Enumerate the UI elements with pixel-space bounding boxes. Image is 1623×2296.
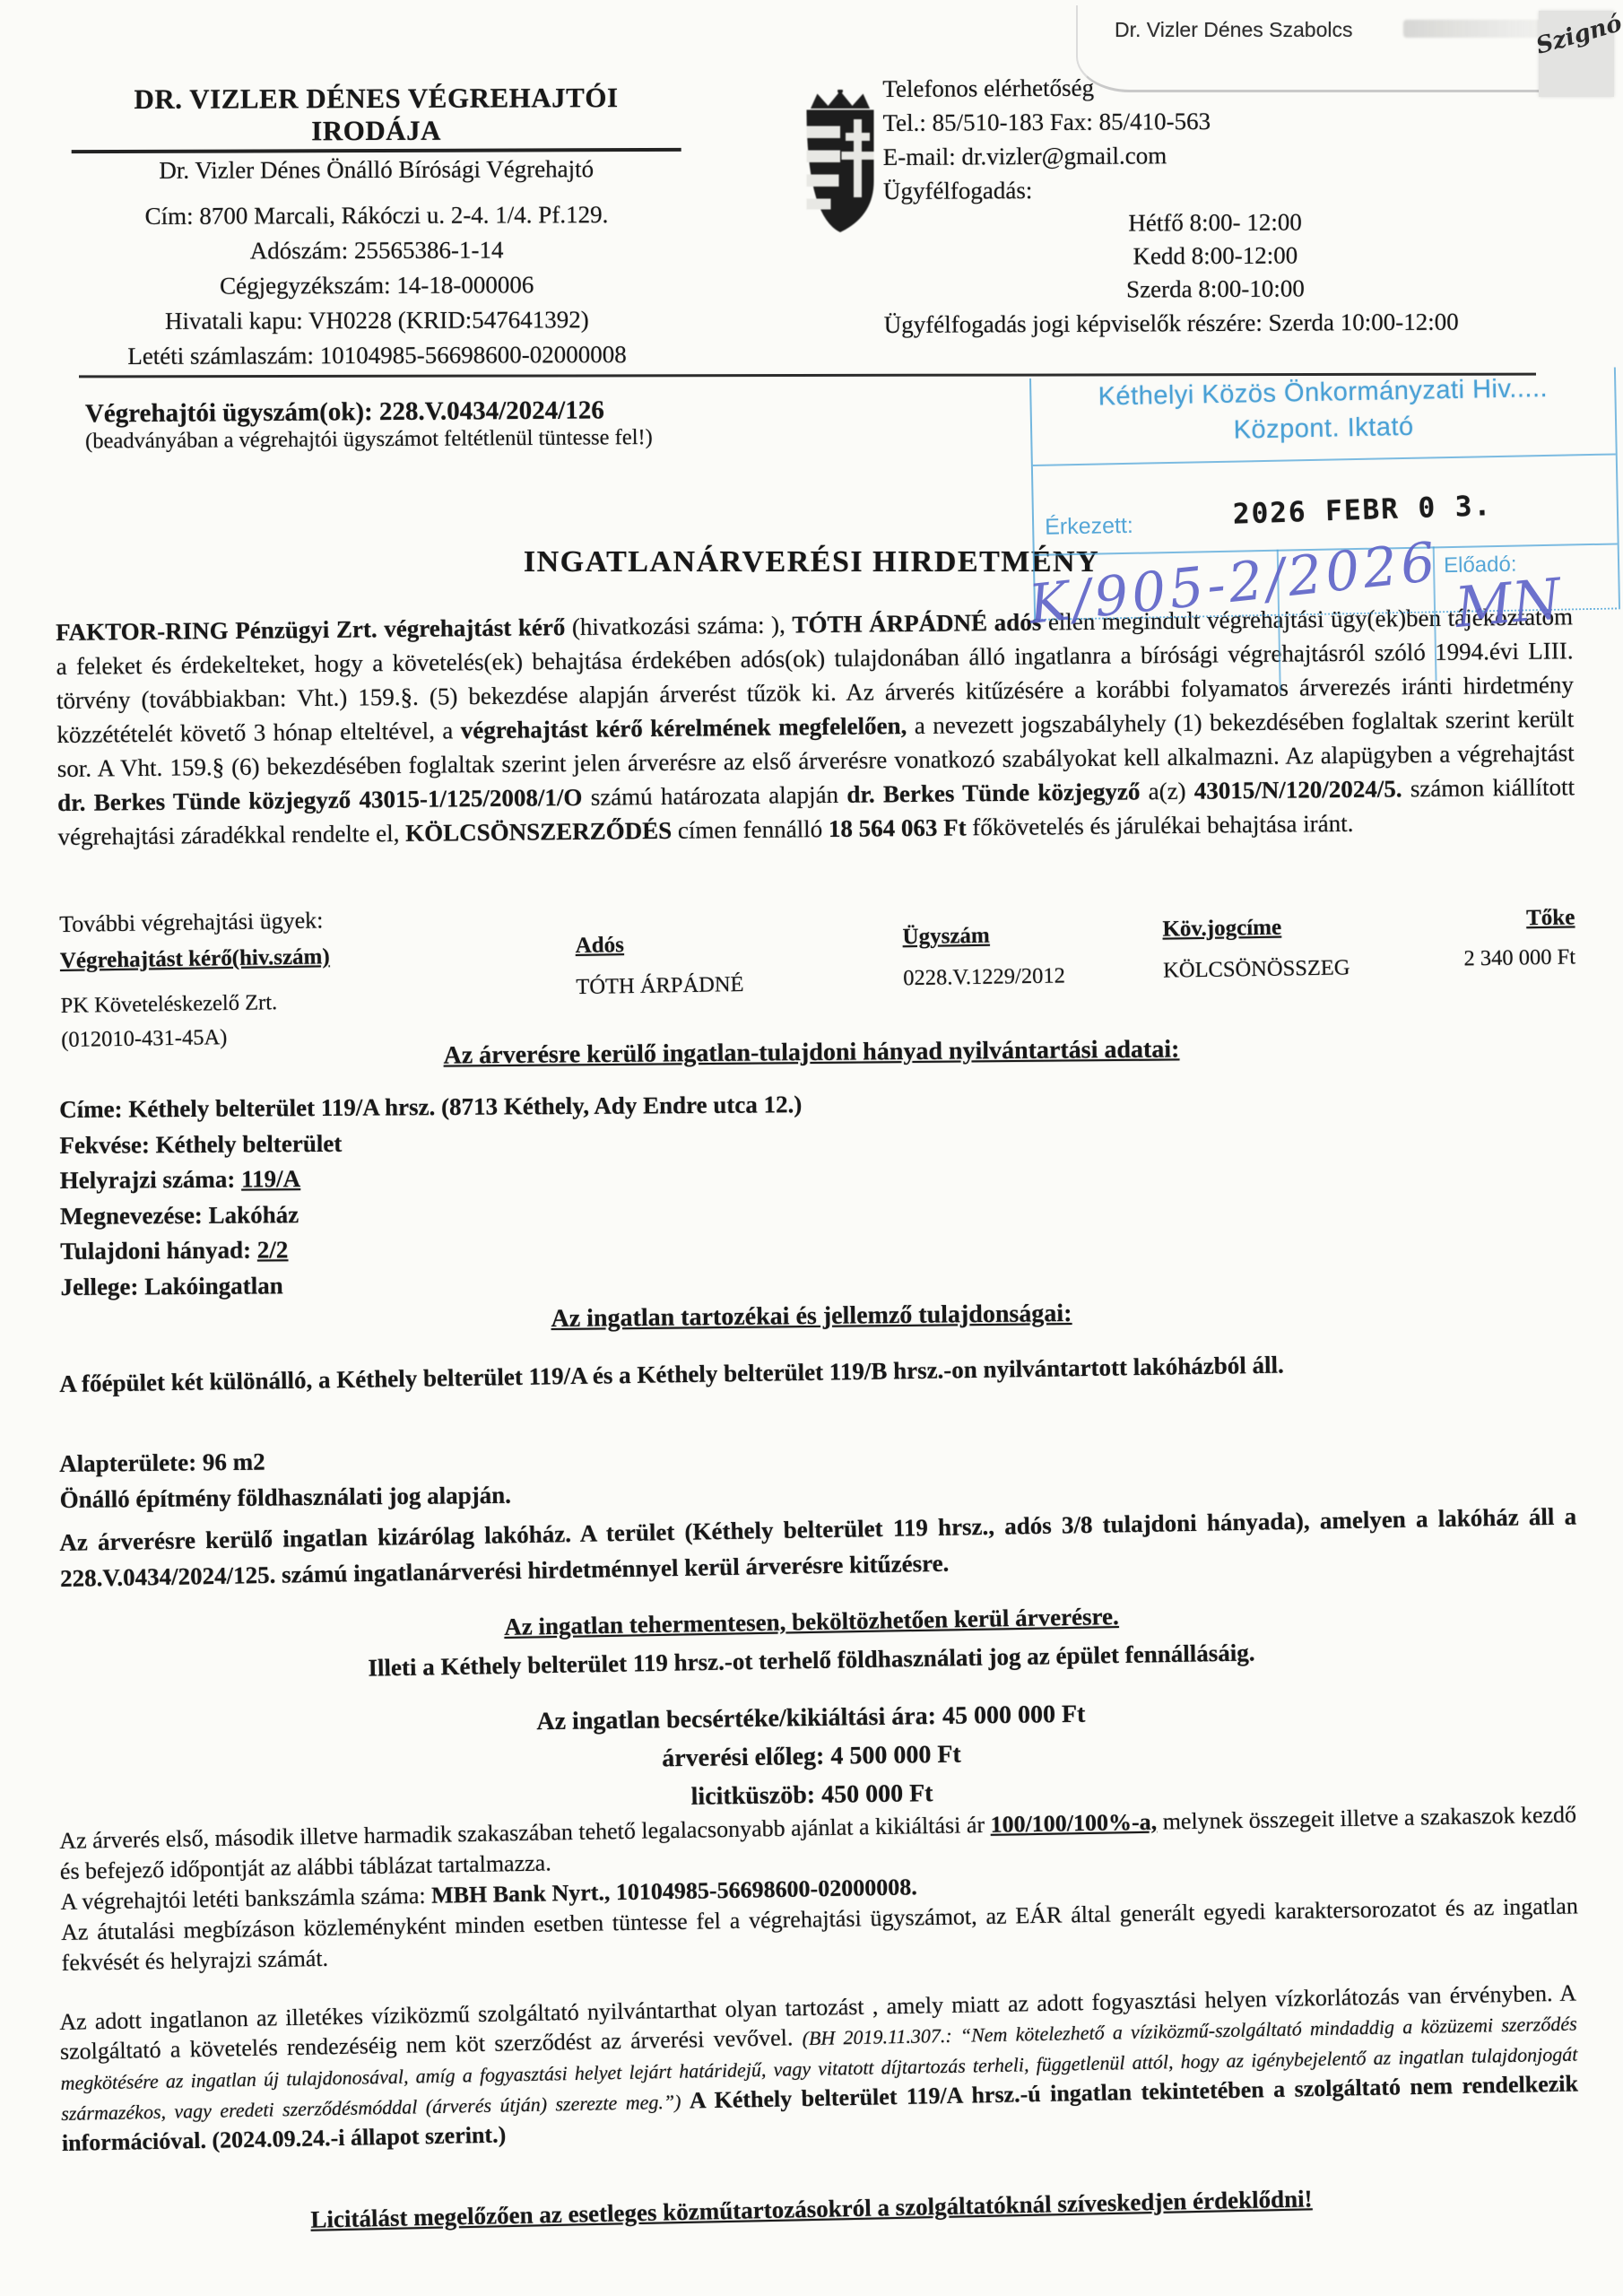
share-label: Tulajdoni hányad: xyxy=(60,1236,257,1265)
col-header-claim: Köv.jogcíme xyxy=(1162,916,1281,943)
office-hours-tuesday: Kedd 8:00-12:00 xyxy=(883,238,1547,274)
received-date-stamp: 2026 FEBR 0 3. xyxy=(1232,490,1492,531)
footer-notice-text: Licitálást megelőzően az esetleges közmű… xyxy=(310,2185,1313,2232)
row-creditor-name: PK Követeléskezelő Zrt. xyxy=(60,990,277,1019)
header-divider xyxy=(79,373,1536,378)
share-value: 2/2 xyxy=(257,1236,289,1263)
office-hours-legal: Ügyfélfogadás jogi képviselők részére: S… xyxy=(884,304,1552,342)
office-name: DR. VIZLER DÉNES VÉGREHAJTÓI IRODÁJA xyxy=(71,82,681,153)
col-header-principal: Tőke xyxy=(1526,905,1575,931)
utility-paragraph: Az adott ingatlanon az illetékes víziköz… xyxy=(59,1979,1579,2158)
further-cases-table: További végrehajtási ügyek: Végrehajtást… xyxy=(59,887,1576,1028)
case-reference-block: Végrehajtói ügyszám(ok): 228.V.0434/2024… xyxy=(85,394,964,455)
bidding-seg-4: A végrehajtói letéti bankszámla száma: xyxy=(60,1883,431,1915)
property-details-block: Címe: Kéthely belterület 119/A hrsz. (87… xyxy=(59,1083,1316,1305)
area-block: Alapterülete: 96 m2 Önálló építmény föld… xyxy=(59,1441,511,1518)
features-paragraph-1: A főépület két különálló, a Kéthely belt… xyxy=(59,1346,1576,1398)
property-section-heading-text: Az árverésre kerülő ingatlan-tulajdoni h… xyxy=(443,1035,1179,1069)
property-section-heading: Az árverésre kerülő ingatlan-tulajdoni h… xyxy=(0,1031,1623,1074)
case-number-note: (beadványában a végrehajtói ügyszámot fe… xyxy=(85,423,964,455)
footer-notice: Licitálást megelőzően az esetleges közmű… xyxy=(0,2179,1623,2240)
scanned-auction-notice-page: Dr. Vizler Dénes Szabolcs Szignó DR. VIZ… xyxy=(0,0,1623,2296)
registry-stamp: Kéthelyi Közös Önkormányzati Hiv..... Kö… xyxy=(1029,367,1620,621)
officer-name: Dr. Vizler Dénes Önálló Bírósági Végreha… xyxy=(72,155,681,185)
col-header-creditor: Végrehajtást kérő(hiv.szám) xyxy=(60,944,330,974)
office-hours-monday: Hétfő 8:00- 12:00 xyxy=(883,204,1547,241)
document-title-text: INGATLANÁRVERÉSI HIRDETMÉNY xyxy=(524,545,1099,578)
intro-seg-15: 18 564 063 Ft xyxy=(829,813,967,842)
col-header-case: Ügyszám xyxy=(902,924,990,951)
contact-title: Telefonos elérhetőség xyxy=(882,68,1550,106)
intro-paragraph: FAKTOR-RING Pénzügyi Zrt. végrehajtást k… xyxy=(56,599,1575,854)
land-right-line: Önálló építmény földhasználati jog alapj… xyxy=(59,1477,511,1518)
area-line: Alapterülete: 96 m2 xyxy=(59,1441,511,1482)
office-header-block: DR. VIZLER DÉNES VÉGREHAJTÓI IRODÁJA Dr.… xyxy=(71,82,681,374)
parcel-value: 119/A xyxy=(241,1165,300,1192)
row-claim-title: KÖLCSÖNÖSSZEG xyxy=(1163,955,1350,983)
stamp-org-line2: Központ. Iktató xyxy=(1032,408,1616,448)
intro-seg-14: címen fennálló xyxy=(672,815,829,844)
office-tax-number: Adószám: 25565386-1-14 xyxy=(72,232,681,269)
intro-seg-13: KÖLCSÖNSZERZŐDÉS xyxy=(405,817,672,847)
intro-seg-05: végrehajtást kérő kérelmének megfelelően… xyxy=(461,712,907,744)
intro-seg-02: (hivatkozási száma: ), xyxy=(572,611,793,640)
features-section-heading-text: Az ingatlan tartozékai és jellemző tulaj… xyxy=(551,1300,1072,1333)
intro-seg-09: dr. Berkes Tünde közjegyző xyxy=(846,778,1140,807)
office-address: Cím: 8700 Marcali, Rákóczi u. 2-4. 1/4. … xyxy=(72,197,681,234)
parcel-label: Helyrajzi száma: xyxy=(60,1166,242,1194)
intro-seg-07: dr. Berkes Tünde közjegyző 43015-1/125/2… xyxy=(57,784,583,816)
bidding-seg-2: 100/100/100%-a, xyxy=(990,1809,1157,1838)
contact-block: Telefonos elérhetőség Tel.: 85/510-183 F… xyxy=(882,68,1552,342)
unencumbered-text: Az ingatlan tehermentesen, beköltözhetőe… xyxy=(504,1603,1119,1640)
bidding-paragraph: Az árverés első, második illetve harmadi… xyxy=(59,1799,1579,1979)
intro-seg-11: 43015/N/120/2024/5. xyxy=(1194,775,1402,804)
phone-fax-line: Tel.: 85/510-183 Fax: 85/410-563 xyxy=(882,102,1550,140)
intro-seg-03: TÓTH ÁRPÁDNÉ adós xyxy=(792,608,1041,638)
row-case-no: 0228.V.1229/2012 xyxy=(903,963,1065,991)
corner-officer-name: Dr. Vizler Dénes Szabolcs xyxy=(1115,18,1352,42)
further-cases-label: További végrehajtási ügyek: xyxy=(59,907,324,938)
intro-seg-08: számú határozata alapján xyxy=(582,781,846,811)
office-gov-portal: Hivatali kapu: VH0228 (KRID:547641392) xyxy=(72,302,681,339)
signature-handwriting: Szignó xyxy=(1535,22,1623,48)
bidding-seg-5: MBH Bank Nyrt., 10104985-56698600-020000… xyxy=(431,1874,917,1908)
office-hours-label: Ügyfélfogadás: xyxy=(883,170,1551,208)
row-principal: 2 340 000 Ft xyxy=(1463,944,1575,971)
intro-seg-16: főkövetelés és járulékai behajtása iránt… xyxy=(966,810,1353,841)
office-hours-wednesday: Szerda 8:00-10:00 xyxy=(883,271,1547,308)
stamp-rule-1 xyxy=(1033,453,1616,465)
intro-seg-10: a(z) xyxy=(1140,778,1194,805)
col-header-debtor: Adós xyxy=(575,933,624,959)
document-title: INGATLANÁRVERÉSI HIRDETMÉNY xyxy=(0,545,1623,579)
office-deposit-account: Letéti számlaszám: 10104985-56698600-020… xyxy=(72,337,681,374)
stamp-received-label: Érkezett: xyxy=(1045,513,1133,541)
row-debtor: TÓTH ÁRPÁDNÉ xyxy=(576,972,744,1000)
office-company-reg: Cégjegyzékszám: 14-18-000006 xyxy=(72,267,681,304)
stamp-org-line1: Kéthelyi Közös Önkormányzati Hiv..... xyxy=(1031,372,1615,413)
email-line: E-mail: dr.vizler@gmail.com xyxy=(883,136,1551,174)
intro-seg-01: FAKTOR-RING Pénzügyi Zrt. végrehajtást k… xyxy=(56,613,572,646)
